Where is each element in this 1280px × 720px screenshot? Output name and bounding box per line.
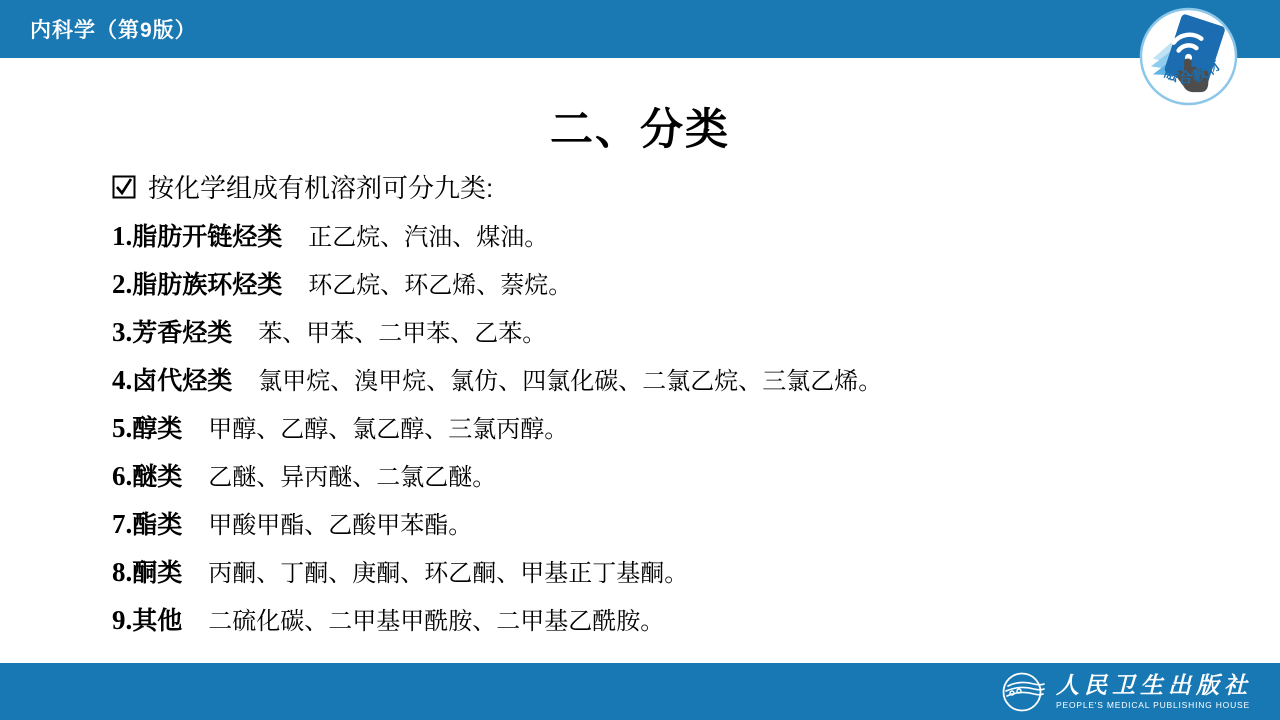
- list-item: 1.脂肪开链烃类正乙烷、汽油、煤油。: [112, 212, 882, 260]
- publisher-brand: 人民卫生出版社 PEOPLE'S MEDICAL PUBLISHING HOUS…: [1000, 669, 1252, 715]
- item-number: 9.: [112, 605, 132, 635]
- publisher-logo-icon: [1000, 669, 1046, 715]
- list-item: 3.芳香烃类苯、甲苯、二甲苯、乙苯。: [112, 308, 882, 356]
- footer-bar: 人民卫生出版社 PEOPLE'S MEDICAL PUBLISHING HOUS…: [0, 663, 1280, 720]
- item-number: 8.: [112, 557, 132, 587]
- item-term: 其他: [132, 607, 182, 635]
- item-examples: 二硫化碳、二甲基甲酰胺、二甲基乙酰胺。: [208, 608, 664, 635]
- item-number: 4.: [112, 365, 132, 395]
- list-item: 7.酯类甲酸甲酯、乙酸甲苯酯。: [112, 500, 882, 548]
- item-number: 1.: [112, 221, 132, 251]
- item-term: 脂肪族环烃类: [132, 271, 282, 299]
- list-item: 9.其他二硫化碳、二甲基甲酰胺、二甲基乙酰胺。: [112, 596, 882, 644]
- page-title: 二、分类: [0, 96, 1280, 157]
- header-bar: 内科学（第9版）: [0, 0, 1280, 58]
- item-number: 7.: [112, 509, 132, 539]
- publisher-name-cn: 人民卫生出版社: [1056, 673, 1252, 699]
- item-term: 酮类: [132, 559, 182, 587]
- item-examples: 乙醚、异丙醚、二氯乙醚。: [208, 464, 496, 491]
- fused-textbook-badge: 融合教材: [1139, 7, 1238, 106]
- item-term: 卤代烃类: [132, 367, 232, 395]
- item-examples: 甲醇、乙醇、氯乙醇、三氯丙醇。: [208, 416, 568, 443]
- fused-textbook-icon: 融合教材: [1139, 7, 1238, 106]
- slide: 内科学（第9版）: [0, 0, 1280, 720]
- checked-checkbox-icon: [112, 175, 136, 199]
- item-number: 2.: [112, 269, 132, 299]
- list-item: 2.脂肪族环烃类环乙烷、环乙烯、萘烷。: [112, 260, 882, 308]
- item-term: 脂肪开链烃类: [132, 223, 282, 251]
- publisher-name-en: PEOPLE'S MEDICAL PUBLISHING HOUSE: [1056, 699, 1250, 711]
- item-number: 3.: [112, 317, 132, 347]
- item-examples: 环乙烷、环乙烯、萘烷。: [308, 272, 572, 299]
- item-term: 芳香烃类: [132, 319, 232, 347]
- item-term: 醚类: [132, 463, 182, 491]
- list-item: 5.醇类甲醇、乙醇、氯乙醇、三氯丙醇。: [112, 404, 882, 452]
- item-examples: 甲酸甲酯、乙酸甲苯酯。: [208, 512, 472, 539]
- item-examples: 正乙烷、汽油、煤油。: [308, 224, 548, 251]
- item-examples: 丙酮、丁酮、庚酮、环乙酮、甲基正丁基酮。: [208, 560, 688, 587]
- item-number: 6.: [112, 461, 132, 491]
- item-term: 醇类: [132, 415, 182, 443]
- item-examples: 氯甲烷、溴甲烷、氯仿、四氯化碳、二氯乙烷、三氯乙烯。: [258, 368, 882, 395]
- item-term: 酯类: [132, 511, 182, 539]
- list-item: 6.醚类乙醚、异丙醚、二氯乙醚。: [112, 452, 882, 500]
- book-title: 内科学（第9版）: [0, 14, 197, 44]
- list-item: 4.卤代烃类氯甲烷、溴甲烷、氯仿、四氯化碳、二氯乙烷、三氯乙烯。: [112, 356, 882, 404]
- intro-text: 按化学组成有机溶剂可分九类:: [148, 168, 493, 205]
- item-examples: 苯、甲苯、二甲苯、乙苯。: [258, 320, 546, 347]
- list-item: 8.酮类丙酮、丁酮、庚酮、环乙酮、甲基正丁基酮。: [112, 548, 882, 596]
- classification-list: 1.脂肪开链烃类正乙烷、汽油、煤油。 2.脂肪族环烃类环乙烷、环乙烯、萘烷。 3…: [112, 212, 882, 644]
- item-number: 5.: [112, 413, 132, 443]
- intro-line: 按化学组成有机溶剂可分九类:: [112, 168, 493, 205]
